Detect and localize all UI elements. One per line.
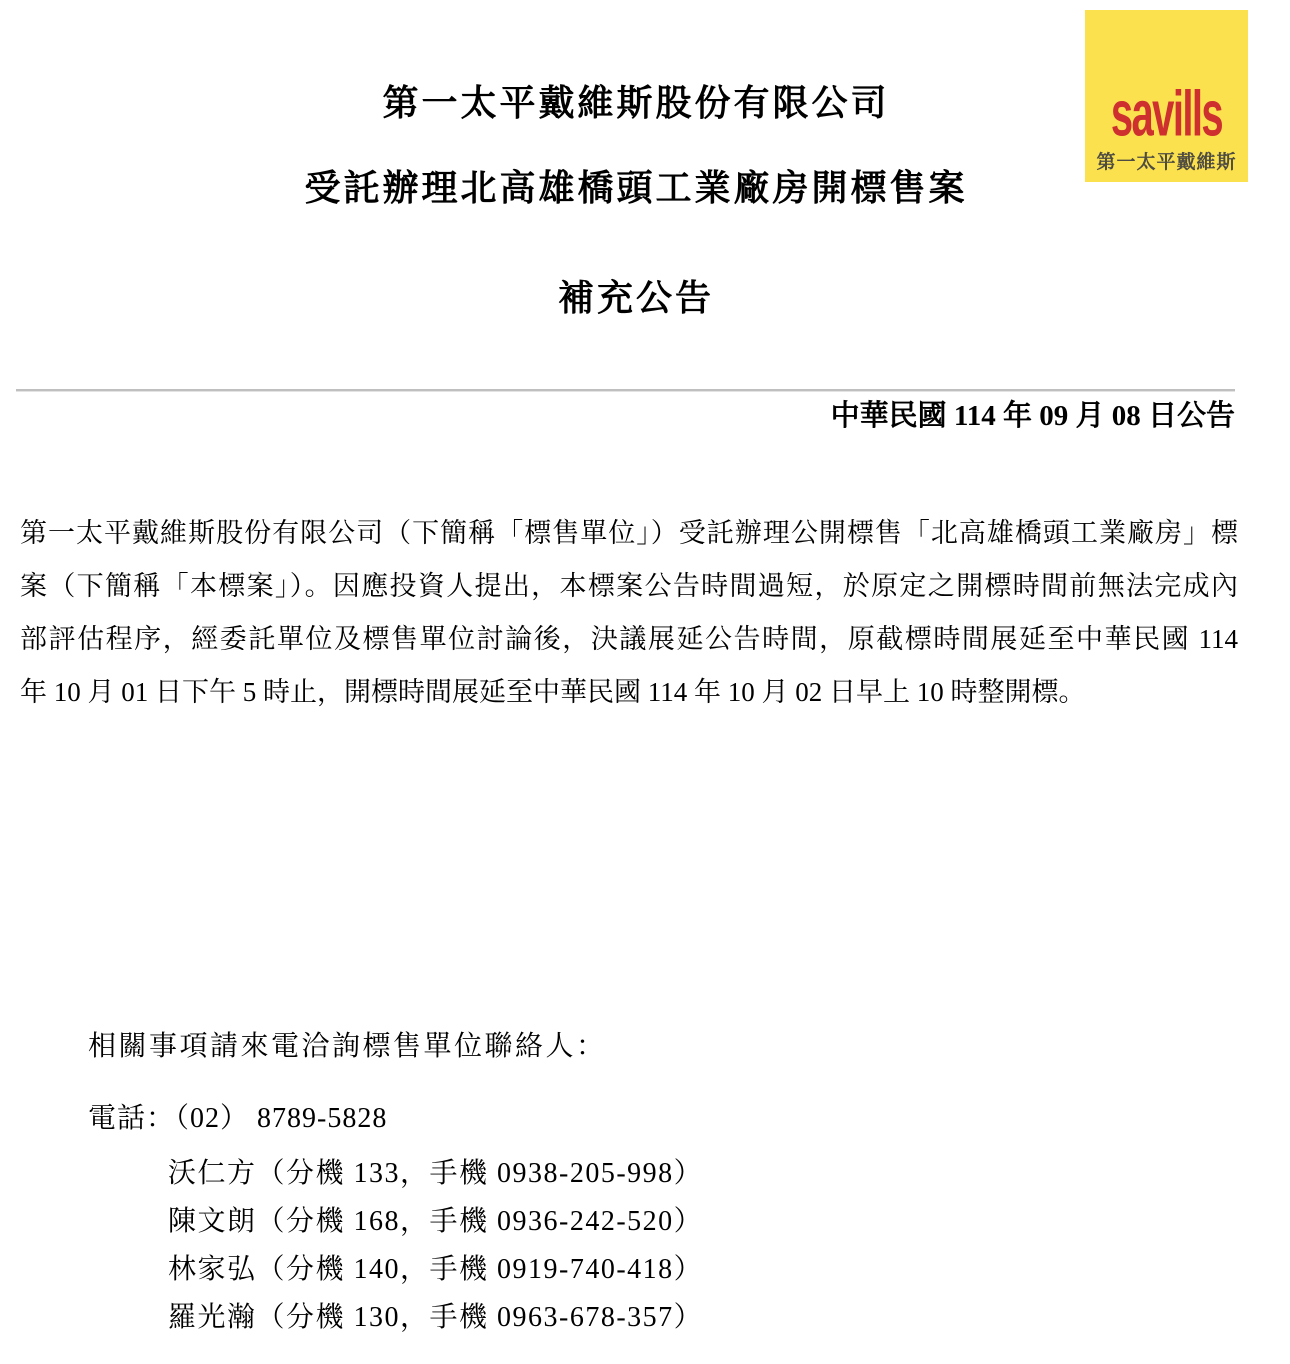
contact-row: 陳文朗（分機 168，手機 0936-242-520）: [168, 1198, 703, 1246]
phone-label: 電話：: [88, 1103, 175, 1134]
contact-name: 羅光瀚: [168, 1302, 257, 1333]
body-line: 部評估程序，經委託單位及標售單位討論後，決議展延公告時間，原截標時間展延至中華民…: [20, 613, 1238, 666]
contact-detail: （分機 133，手機 0938-205-998）: [257, 1158, 704, 1189]
contact-intro: 相關事項請來電洽詢標售單位聯絡人：: [88, 1025, 607, 1069]
body-line: 案（下簡稱「本標案」）。因應投資人提出，本標案公告時間過短，於原定之開標時間前無…: [20, 560, 1238, 613]
phone-line: 電話：（02） 8789-5828: [88, 1097, 387, 1141]
announcement-date: 中華民國 114 年 09 月 08 日公告: [0, 397, 1235, 435]
case-title: 受託辦理北高雄橋頭工業廠房開標售案: [0, 165, 1272, 211]
contact-list: 沃仁方（分機 133，手機 0938-205-998） 陳文朗（分機 168，手…: [168, 1150, 703, 1342]
doc-type-title: 補充公告: [0, 275, 1272, 321]
divider-rule: [16, 389, 1235, 392]
announcement-document: savills 第一太平戴維斯 第一太平戴維斯股份有限公司 受託辦理北高雄橋頭工…: [0, 0, 1290, 1364]
contact-detail: （分機 130，手機 0963-678-357）: [257, 1302, 704, 1333]
contact-detail: （分機 140，手機 0919-740-418）: [257, 1254, 704, 1285]
body-line: 第一太平戴維斯股份有限公司（下簡稱「標售單位」）受託辦理公開標售「北高雄橋頭工業…: [20, 507, 1238, 560]
announcement-body: 第一太平戴維斯股份有限公司（下簡稱「標售單位」）受託辦理公開標售「北高雄橋頭工業…: [20, 507, 1238, 719]
contact-row: 沃仁方（分機 133，手機 0938-205-998）: [168, 1150, 703, 1198]
contact-row: 羅光瀚（分機 130，手機 0963-678-357）: [168, 1294, 703, 1342]
contact-name: 林家弘: [168, 1254, 257, 1285]
phone-number: （02） 8789-5828: [175, 1103, 387, 1134]
company-title: 第一太平戴維斯股份有限公司: [0, 80, 1272, 126]
contact-row: 林家弘（分機 140，手機 0919-740-418）: [168, 1246, 703, 1294]
contact-detail: （分機 168，手機 0936-242-520）: [257, 1206, 704, 1237]
body-line: 年 10 月 01 日下午 5 時止，開標時間展延至中華民國 114 年 10 …: [20, 666, 1238, 719]
contact-name: 沃仁方: [168, 1158, 257, 1189]
contact-name: 陳文朗: [168, 1206, 257, 1237]
